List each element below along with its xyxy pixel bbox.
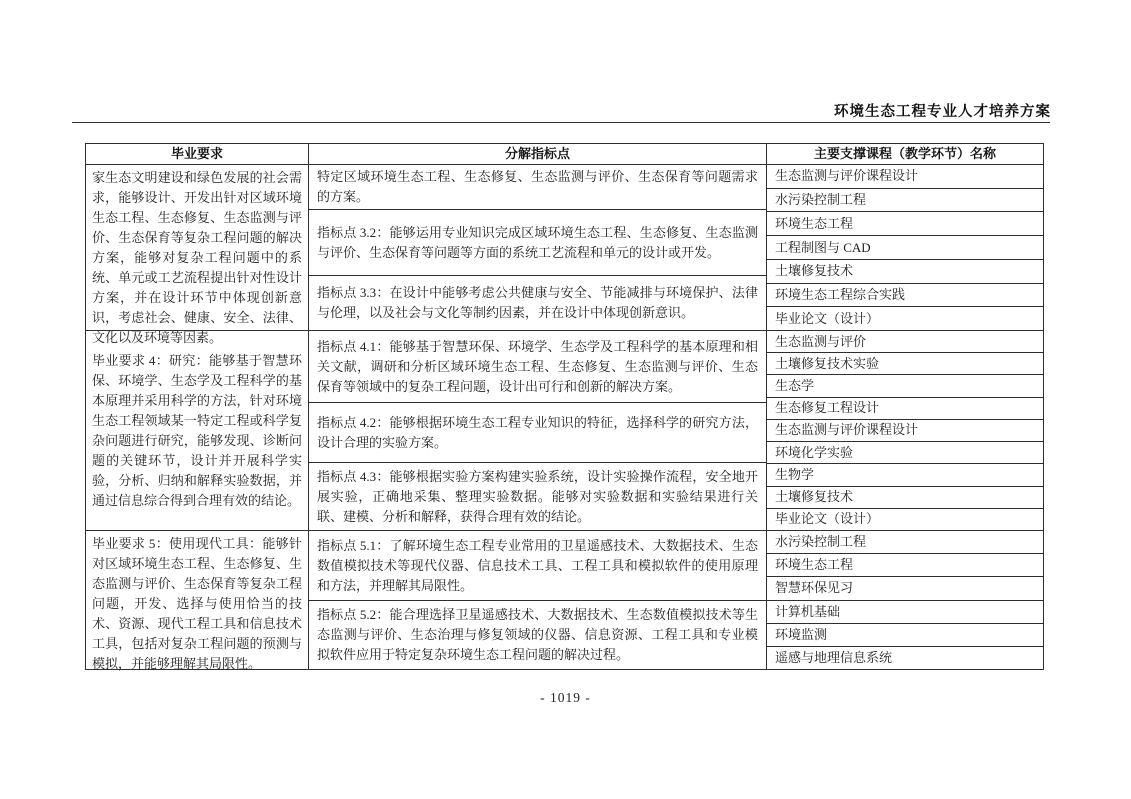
- course-column: 生态监测与评价课程设计 水污染控制工程 环境生态工程 工程制图与 CAD 土壤修…: [766, 165, 1043, 330]
- indicator-text: 指标点 4.3：能够根据实验方案构建实验系统，设计实验操作流程，安全地开展实验，…: [317, 467, 758, 527]
- course-cell: 工程制图与 CAD: [767, 236, 1043, 260]
- table-header-row: 毕业要求 分解指标点 主要支撑课程（教学环节）名称: [86, 144, 1043, 165]
- indicator-cell: 指标点 4.2：能够根据环境生态工程专业知识的特征，选择科学的研究方法，设计合理…: [309, 403, 766, 463]
- indicator-cell: 特定区域环境生态工程、生态修复、生态监测与评价、生态保育等问题需求的方案。: [309, 165, 766, 210]
- course-cell: 生态监测与评价课程设计: [767, 420, 1043, 442]
- course-cell: 生态修复工程设计: [767, 398, 1043, 420]
- course-cell: 生物学: [767, 464, 1043, 486]
- indicator-cell: 指标点 3.3：在设计中能够考虑公共健康与安全、节能减排与环境保护、法律与伦理，…: [309, 276, 766, 330]
- course-cell: 计算机基础: [767, 601, 1043, 624]
- indicator-cell: 指标点 5.2：能合理选择卫星遥感技术、大数据技术、生态数值模拟技术等生态监测与…: [309, 601, 766, 669]
- requirement-text: 毕业要求 5：使用现代工具：能够针对区域环境生态工程、生态修复、生态监测与评价、…: [92, 534, 302, 674]
- course-cell: 毕业论文（设计）: [767, 509, 1043, 530]
- course-column: 水污染控制工程 环境生态工程 智慧环保见习 计算机基础 环境监测 遥感与地理信息…: [766, 531, 1043, 669]
- course-cell: 土壤修复技术: [767, 487, 1043, 509]
- course-cell: 生态监测与评价: [767, 331, 1043, 353]
- document-page: { "page": { "header_title": "环境生态工程专业人才培…: [0, 0, 1131, 799]
- table-block-requirement-3: 家生态文明建设和绿色发展的社会需求，能够设计、开发出针对区域环境生态工程、生态修…: [86, 165, 1043, 331]
- table-block-requirement-5: 毕业要求 5：使用现代工具：能够针对区域环境生态工程、生态修复、生态监测与评价、…: [86, 531, 1043, 669]
- indicator-text: 指标点 5.2：能合理选择卫星遥感技术、大数据技术、生态数值模拟技术等生态监测与…: [317, 605, 758, 665]
- document-header-title: 环境生态工程专业人才培养方案: [834, 100, 1051, 121]
- course-cell: 土壤修复技术实验: [767, 353, 1043, 375]
- indicator-cell: 指标点 4.1：能够基于智慧环保、环境学、生态学及工程科学的基本原理和相关文献，…: [309, 331, 766, 403]
- indicator-text: 指标点 4.2：能够根据环境生态工程专业知识的特征，选择科学的研究方法，设计合理…: [317, 413, 758, 453]
- requirement-text: 家生态文明建设和绿色发展的社会需求，能够设计、开发出针对区域环境生态工程、生态修…: [92, 168, 302, 348]
- indicator-text: 指标点 5.1：了解环境生态工程专业常用的卫星遥感技术、大数据技术、生态数值模拟…: [317, 536, 758, 596]
- indicator-text: 指标点 3.2：能够运用专业知识完成区域环境生态工程、生态修复、生态监测与评价、…: [317, 223, 758, 263]
- course-cell: 环境监测: [767, 624, 1043, 647]
- requirement-text: 毕业要求 4：研究：能够基于智慧环保、环境学、生态学及工程科学的基本原理并采用科…: [92, 351, 302, 511]
- course-column: 生态监测与评价 土壤修复技术实验 生态学 生态修复工程设计 生态监测与评价课程设…: [766, 331, 1043, 530]
- course-cell: 环境生态工程综合实践: [767, 284, 1043, 308]
- indicator-column: 特定区域环境生态工程、生态修复、生态监测与评价、生态保育等问题需求的方案。 指标…: [308, 165, 766, 330]
- indicator-column: 指标点 4.1：能够基于智慧环保、环境学、生态学及工程科学的基本原理和相关文献，…: [308, 331, 766, 530]
- column-header-indicator-points: 分解指标点: [308, 144, 766, 164]
- requirement-cell: 家生态文明建设和绿色发展的社会需求，能够设计、开发出针对区域环境生态工程、生态修…: [86, 165, 308, 330]
- course-cell: 智慧环保见习: [767, 577, 1043, 600]
- indicator-cell: 指标点 5.1：了解环境生态工程专业常用的卫星遥感技术、大数据技术、生态数值模拟…: [309, 531, 766, 601]
- course-cell: 环境生态工程: [767, 212, 1043, 236]
- indicator-text: 指标点 3.3：在设计中能够考虑公共健康与安全、节能减排与环境保护、法律与伦理，…: [317, 283, 758, 323]
- course-cell: 遥感与地理信息系统: [767, 647, 1043, 669]
- course-cell: 环境化学实验: [767, 442, 1043, 464]
- course-cell: 毕业论文（设计）: [767, 307, 1043, 330]
- column-header-graduation-requirements: 毕业要求: [86, 144, 308, 164]
- course-cell: 环境生态工程: [767, 554, 1043, 577]
- column-header-supporting-courses: 主要支撑课程（教学环节）名称: [766, 144, 1043, 164]
- indicator-column: 指标点 5.1：了解环境生态工程专业常用的卫星遥感技术、大数据技术、生态数值模拟…: [308, 531, 766, 669]
- indicator-text: 指标点 4.1：能够基于智慧环保、环境学、生态学及工程科学的基本原理和相关文献，…: [317, 337, 758, 397]
- course-cell: 土壤修复技术: [767, 260, 1043, 284]
- course-cell: 水污染控制工程: [767, 189, 1043, 213]
- indicator-cell: 指标点 4.3：能够根据实验方案构建实验系统，设计实验操作流程，安全地开展实验，…: [309, 463, 766, 530]
- course-cell: 水污染控制工程: [767, 531, 1043, 554]
- page-number: - 1019 -: [0, 690, 1131, 706]
- training-plan-table: 毕业要求 分解指标点 主要支撑课程（教学环节）名称 家生态文明建设和绿色发展的社…: [85, 143, 1044, 670]
- indicator-cell: 指标点 3.2：能够运用专业知识完成区域环境生态工程、生态修复、生态监测与评价、…: [309, 210, 766, 276]
- requirement-cell: 毕业要求 5：使用现代工具：能够针对区域环境生态工程、生态修复、生态监测与评价、…: [86, 531, 308, 669]
- requirement-cell: 毕业要求 4：研究：能够基于智慧环保、环境学、生态学及工程科学的基本原理并采用科…: [86, 331, 308, 530]
- course-cell: 生态学: [767, 375, 1043, 397]
- table-block-requirement-4: 毕业要求 4：研究：能够基于智慧环保、环境学、生态学及工程科学的基本原理并采用科…: [86, 331, 1043, 531]
- course-cell: 生态监测与评价课程设计: [767, 165, 1043, 189]
- header-divider: [72, 122, 1050, 123]
- indicator-text: 特定区域环境生态工程、生态修复、生态监测与评价、生态保育等问题需求的方案。: [317, 167, 758, 207]
